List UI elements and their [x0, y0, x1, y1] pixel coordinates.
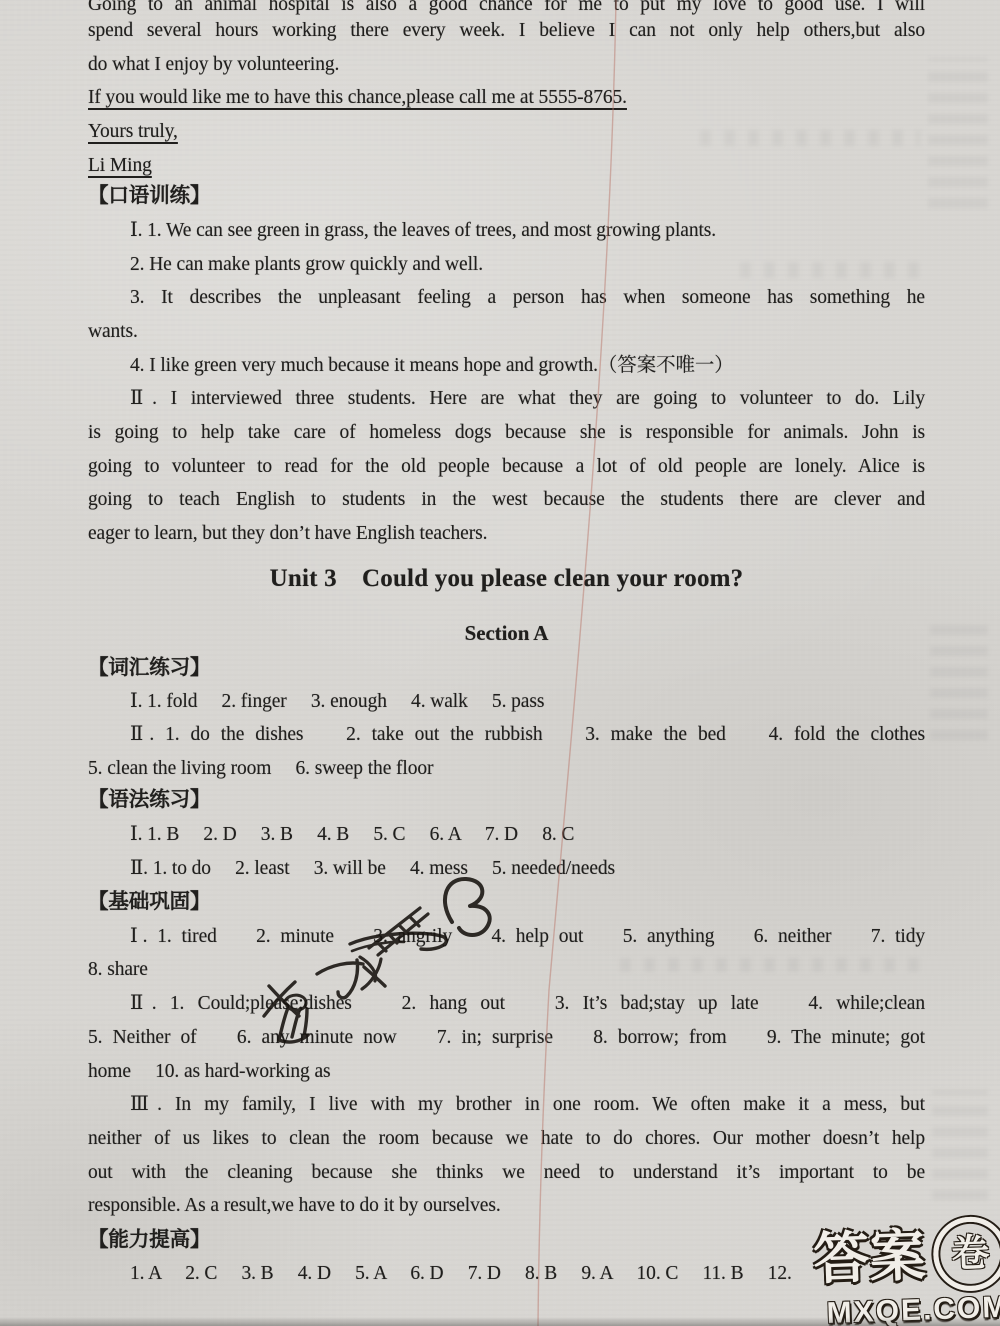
text-line: 2. He can make plants grow quickly and w… [88, 248, 925, 282]
text-line: 【口语训练】 [88, 179, 925, 213]
text-line: out with the cleaning because she thinks… [88, 1156, 925, 1190]
text-line: 8. share [88, 953, 925, 987]
text-line: Ⅰ. 1. We can see green in grass, the lea… [88, 214, 925, 248]
text-line: Ⅱ. 1. Could;please;dishes 2. hang out 3.… [88, 987, 925, 1021]
text-line: wants. [88, 315, 925, 349]
text-line: going to teach English to students in th… [88, 483, 925, 517]
text-line: responsible. As a result,we have to do i… [88, 1189, 925, 1223]
text-line: 【词汇练习】 [88, 651, 925, 685]
text-line: home 10. as hard-working as [88, 1055, 925, 1089]
text-line: neither of us likes to clean the room be… [88, 1122, 925, 1156]
answer-site-watermark: 答案 卷 MXQE.COM [812, 1216, 1000, 1326]
page-text: Going to an animal hospital is also a go… [0, 0, 1000, 1326]
text-line: spend several hours working there every … [88, 14, 925, 48]
text-line: going to volunteer to read for the old p… [88, 450, 925, 484]
text-line: Ⅱ. 1. do the dishes 2. take out the rubb… [88, 718, 925, 752]
text-line: Yours truly, [88, 115, 925, 149]
text-line: If you would like me to have this chance… [88, 81, 925, 115]
text-line: 【能力提高】 [88, 1223, 925, 1257]
text-line: Unit 3 Could you please clean your room? [88, 562, 925, 596]
text-line: 3. It describes the unpleasant feeling a… [88, 281, 925, 315]
scanned-page: Going to an animal hospital is also a go… [0, 0, 1000, 1326]
text-line: Ⅰ. 1. B 2. D 3. B 4. B 5. C 6. A 7. D 8.… [88, 818, 925, 852]
text-line: Section A [88, 616, 925, 650]
text-line: 4. I like green very much because it mea… [88, 349, 925, 383]
watermark-circle-char: 卷 [951, 1234, 990, 1273]
text-line: Ⅲ. In my family, I live with my brother … [88, 1088, 925, 1122]
text-line: Li Ming [88, 149, 925, 183]
text-line: Ⅱ. 1. to do 2. least 3. will be 4. mess … [88, 852, 925, 886]
watermark-site-url: MXQE.COM [815, 1293, 1000, 1326]
text-line: 【基础巩固】 [88, 885, 925, 919]
watermark-brand-text: 答案 [813, 1228, 927, 1288]
text-line: Ⅱ. I interviewed three students. Here ar… [88, 382, 925, 416]
text-line: 【语法练习】 [88, 783, 925, 817]
text-line: Ⅰ. 1. tired 2. minute 3. angrily 4. help… [88, 920, 925, 954]
text-line: do what I enjoy by volunteering. [88, 48, 925, 82]
watermark-circle-badge: 卷 [932, 1216, 1000, 1293]
text-line: 1. A 2. C 3. B 4. D 5. A 6. D 7. D 8. B … [88, 1257, 925, 1291]
text-line: Ⅰ. 1. fold 2. finger 3. enough 4. walk 5… [88, 685, 925, 719]
text-line: 5. Neither of 6. any minute now 7. in; s… [88, 1021, 925, 1055]
text-line: 5. clean the living room 6. sweep the fl… [88, 752, 925, 786]
text-line: eager to learn, but they don’t have Engl… [88, 517, 925, 551]
text-line: is going to help take care of homeless d… [88, 416, 925, 450]
